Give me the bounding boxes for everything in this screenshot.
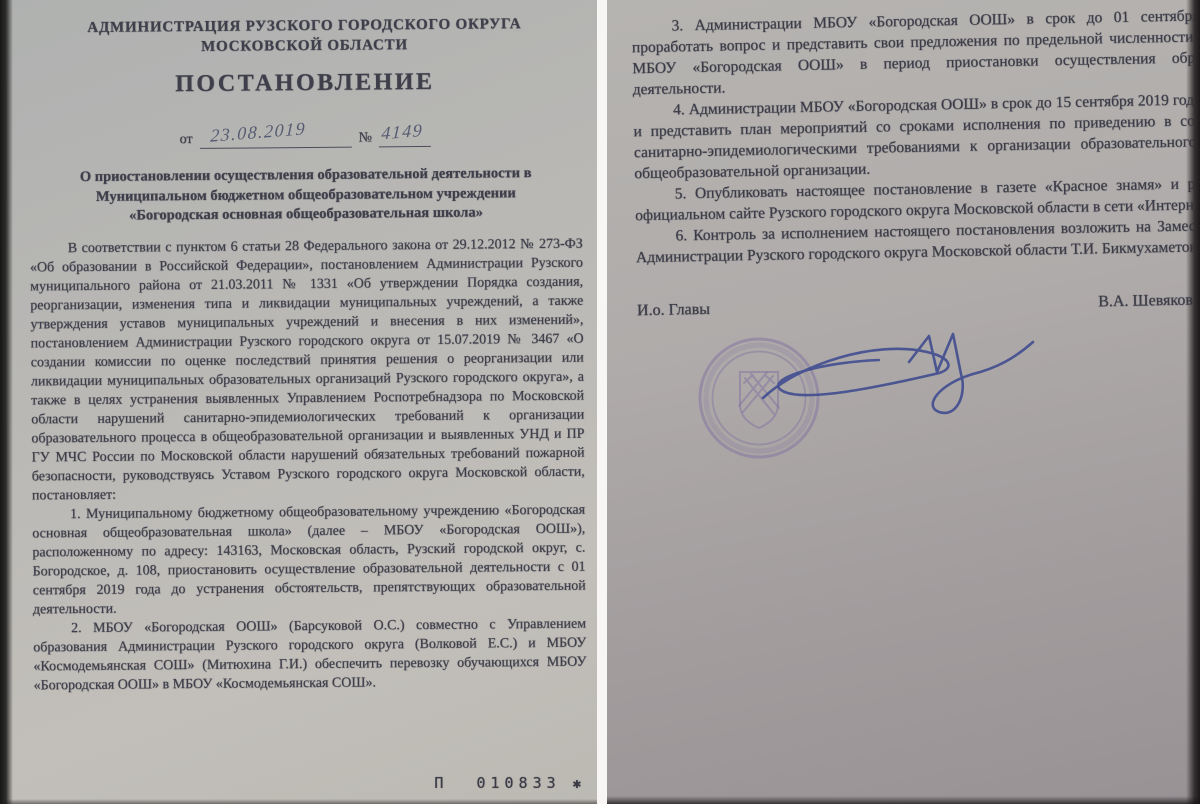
scanned-page-right: 3. Администрации МБОУ «Богородская ООШ» …: [607, 0, 1200, 804]
signer-role: И.о. Главы: [637, 301, 710, 320]
org-header: АДМИНИСТРАЦИЯ РУЗСКОГО ГОРОДСКОГО ОКРУГА…: [28, 14, 581, 59]
decree-page1-content: АДМИНИСТРАЦИЯ РУЗСКОГО ГОРОДСКОГО ОКРУГА…: [28, 0, 587, 695]
decree-item-3: 3. Администрации МБОУ «Богородская ООШ» …: [631, 4, 1200, 100]
date-number-row: от 23.08.2019 № 4149: [29, 119, 582, 151]
decree-item-2: 2. МБОУ «Богородская ООШ» (Барсуковой О.…: [33, 614, 587, 695]
signer-name: В.А. Шевяков: [1098, 292, 1193, 312]
handwritten-date: 23.08.2019: [210, 118, 307, 147]
scanned-decree-photo: { "document": { "page1": { "org_name_lin…: [0, 0, 1200, 804]
number-label: №: [359, 130, 373, 147]
decree-page2-content: 3. Администрации МБОУ «Богородская ООШ» …: [631, 0, 1200, 320]
signature-row: И.о. Главы В.А. Шевяков: [637, 290, 1200, 320]
date-underline: 23.08.2019: [199, 123, 351, 149]
registration-stamp: П 010833✱: [434, 774, 581, 792]
stamp-star-icon: ✱: [573, 776, 581, 792]
decree-body-page2: 3. Администрации МБОУ «Богородская ООШ» …: [631, 4, 1200, 268]
handwritten-number: 4149: [381, 120, 424, 144]
document-type-heading: ПОСТАНОВЛЕНИЕ: [28, 68, 581, 100]
intro-paragraph: В соответствии с пунктом 6 статьи 28 Фед…: [30, 234, 585, 505]
decree-item-1: 1. Муниципальному бюджетному общеобразов…: [32, 500, 586, 619]
decree-title: О приостановлении осуществления образова…: [29, 164, 582, 227]
registration-stamp-code: П 010833: [434, 774, 560, 792]
handwritten-signature: [757, 328, 1057, 443]
decree-item-4: 4. Администрации МБОУ «Богородская ООШ» …: [633, 88, 1200, 184]
decree-body-page1: В соответствии с пунктом 6 статьи 28 Фед…: [30, 234, 587, 695]
scanned-page-left: АДМИНИСТРАЦИЯ РУЗСКОГО ГОРОДСКОГО ОКРУГА…: [0, 0, 597, 804]
date-label: от: [180, 132, 193, 149]
number-underline: 4149: [379, 122, 431, 147]
